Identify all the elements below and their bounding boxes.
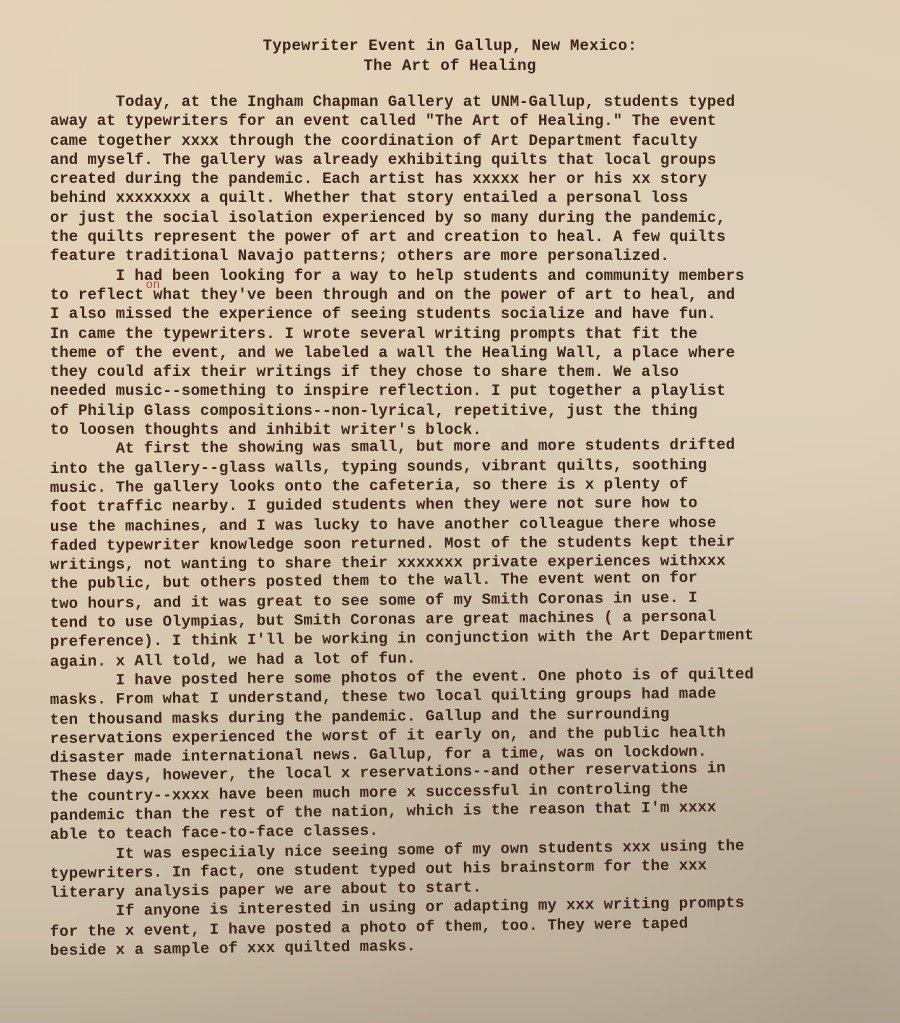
body-line: of Philip Glass compositions--non-lyrica… [50,402,870,421]
handwritten-correction: on [146,277,160,291]
body-line: to reflect what they've been through and… [50,286,870,305]
body-line: they could afix their writings if they c… [50,363,870,382]
title-line-2: The Art of Healing [0,56,900,76]
title-line-1: Typewriter Event in Gallup, New Mexico: [0,36,900,56]
body-line: the quilts represent the power of art an… [50,228,870,247]
body-line: In came the typewriters. I wrote several… [50,325,870,344]
body-line: feature traditional Navajo patterns; oth… [50,247,870,266]
body-line: Today, at the Ingham Chapman Gallery at … [50,93,870,112]
body-line: I had been looking for a way to help stu… [50,267,870,286]
body-line: created during the pandemic. Each artist… [50,170,870,189]
body-line: and myself. The gallery was already exhi… [50,151,870,170]
body-line: I also missed the experience of seeing s… [50,305,870,324]
body-line: needed music--something to inspire refle… [50,382,870,401]
document-title: Typewriter Event in Gallup, New Mexico: … [0,36,900,76]
body-line: away at typewriters for an event called … [50,112,870,131]
body-line: or just the social isolation experienced… [50,209,870,228]
body-line: behind xxxxxxxx a quilt. Whether that st… [50,189,870,208]
document-body: Today, at the Ingham Chapman Gallery at … [50,93,870,961]
body-line: theme of the event, and we labeled a wal… [50,344,870,363]
body-line: came together xxxx through the coordinat… [50,132,870,151]
typewritten-page: Typewriter Event in Gallup, New Mexico: … [0,0,900,1023]
